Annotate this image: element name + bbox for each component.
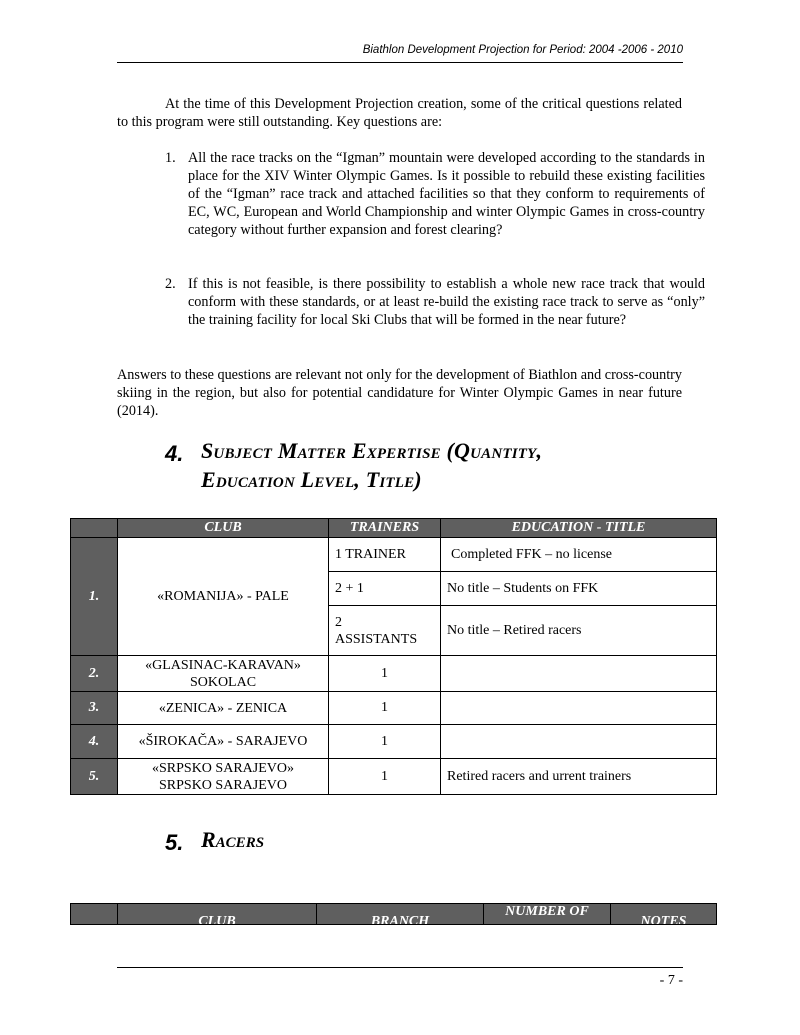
trainers-count-line-2: ASSISTANTS — [335, 632, 417, 647]
education-title — [441, 692, 717, 725]
section-number: 4. — [165, 441, 183, 467]
col-header-branch: BRANCH — [317, 904, 484, 925]
racers-table: CLUB BRANCH NUMBER OF NOTES — [70, 903, 717, 925]
question-text: If this is not feasible, is there possib… — [188, 276, 705, 328]
row-number: 4. — [71, 725, 118, 759]
trainers-count: 1 — [329, 692, 441, 725]
col-header-club: CLUB — [118, 519, 329, 538]
trainers-count-line-1: 2 — [335, 615, 342, 630]
table-header-row: CLUB BRANCH NUMBER OF NOTES — [71, 904, 717, 925]
section-title-line-2: Education Level, Title) — [201, 467, 422, 493]
section-number: 5. — [165, 830, 183, 856]
education-title: No title – Students on FFK — [441, 572, 717, 606]
club-name: «ZENICA» - ZENICA — [118, 692, 329, 725]
col-header-number-of: NUMBER OF — [484, 904, 611, 925]
col-header-trainers: TRAINERS — [329, 519, 441, 538]
trainers-count: 1 — [329, 759, 441, 795]
col-header-notes: NOTES — [611, 904, 717, 925]
section-title: Racers — [201, 827, 264, 853]
table-row: 4. «ŠIROKAČA» - SARAJEVO 1 — [71, 725, 717, 759]
table-header-row: CLUB TRAINERS EDUCATION - TITLE — [71, 519, 717, 538]
club-name: «GLASINAC-KARAVAN» SOKOLAC — [118, 656, 329, 692]
header-divider — [117, 62, 683, 63]
row-number: 5. — [71, 759, 118, 795]
education-title: No title – Retired racers — [441, 606, 717, 656]
question-number: 2. — [165, 275, 176, 293]
col-header-club: CLUB — [118, 904, 317, 925]
trainers-count: 1 — [329, 725, 441, 759]
question-item: 2. If this is not feasible, is there pos… — [165, 275, 705, 329]
page-number: - 7 - — [660, 973, 683, 989]
club-name-line-2: SOKOLAC — [190, 675, 256, 690]
question-item: 1. All the race tracks on the “Igman” mo… — [165, 149, 705, 239]
question-number: 1. — [165, 149, 176, 167]
education-title — [441, 725, 717, 759]
club-name-line-1: «GLASINAC-KARAVAN» — [145, 658, 301, 673]
education-title: Completed FFK – no license — [441, 538, 717, 572]
table-row: 2. «GLASINAC-KARAVAN» SOKOLAC 1 — [71, 656, 717, 692]
club-name-line-1: «SRPSKO SARAJEVO» — [152, 761, 294, 776]
table-row: 1. «ROMANIJA» - PALE 1 TRAINER Completed… — [71, 538, 717, 572]
trainers-table: CLUB TRAINERS EDUCATION - TITLE 1. «ROMA… — [70, 518, 717, 795]
club-name-line-2: SRPSKO SARAJEVO — [159, 778, 287, 793]
section-title-line-1: Subject Matter Expertise (Quantity, — [201, 438, 542, 464]
trainers-count: 1 TRAINER — [329, 538, 441, 572]
running-header: Biathlon Development Projection for Peri… — [363, 44, 683, 56]
row-number: 1. — [71, 538, 118, 656]
trainers-count: 2 + 1 — [329, 572, 441, 606]
footer-divider — [117, 967, 683, 968]
trainers-count: 1 — [329, 656, 441, 692]
col-header-number — [71, 904, 118, 925]
col-header-education: EDUCATION - TITLE — [441, 519, 717, 538]
table-row: 3. «ZENICA» - ZENICA 1 — [71, 692, 717, 725]
club-name: «ROMANIJA» - PALE — [118, 538, 329, 656]
club-name: «ŠIROKAČA» - SARAJEVO — [118, 725, 329, 759]
row-number: 3. — [71, 692, 118, 725]
answers-paragraph: Answers to these questions are relevant … — [117, 366, 682, 420]
education-title: Retired racers and urrent trainers — [441, 759, 717, 795]
table-row: 5. «SRPSKO SARAJEVO» SRPSKO SARAJEVO 1 R… — [71, 759, 717, 795]
education-title — [441, 656, 717, 692]
row-number: 2. — [71, 656, 118, 692]
intro-paragraph: At the time of this Development Projecti… — [117, 95, 682, 131]
question-text: All the race tracks on the “Igman” mount… — [188, 150, 705, 238]
trainers-count: 2 ASSISTANTS — [329, 606, 441, 656]
club-name: «SRPSKO SARAJEVO» SRPSKO SARAJEVO — [118, 759, 329, 795]
col-header-number — [71, 519, 118, 538]
